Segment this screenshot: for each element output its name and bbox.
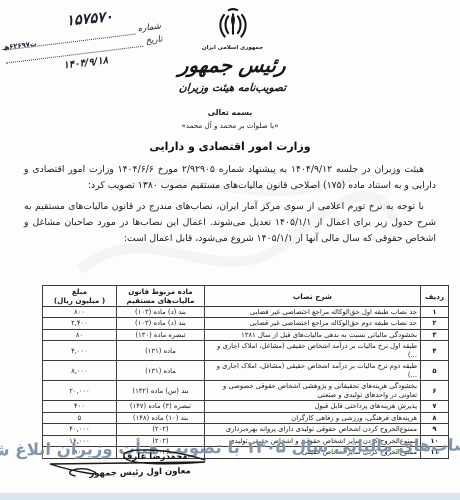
cell-row-number: ۷ bbox=[421, 401, 449, 412]
table-row: ۷پذیرش هزینه‌های پرداختی قابل قبولتبصره … bbox=[43, 401, 449, 412]
cell-description: ممنوع‌الخروج کردن اشخاص حقوقی تولیدی دار… bbox=[205, 424, 421, 435]
cell-article: بند (د) ماده (۱۰۳) bbox=[117, 318, 205, 329]
cell-amount: ۴,۰۰۰ bbox=[43, 341, 117, 361]
header-amount: مبلغ ( میلیون ریال) bbox=[43, 286, 117, 307]
cell-description: بخشودگی هزینه‌های تحقیقاتی و پژوهشی اشخا… bbox=[205, 381, 421, 401]
table-row: ۱حد نصاب طبقه اول حق‌الوکاله مراجع اختصا… bbox=[43, 307, 449, 318]
decree-body: هیئت وزیران در جلسه ۱۴۰۴/۹/۱۲ به پیشنهاد… bbox=[24, 162, 436, 252]
table-row: ۳بخشودگی مالیاتی نسبت به بدهی مالیات‌های… bbox=[43, 329, 449, 340]
invocation: بسمه تعالی bbox=[0, 108, 460, 117]
cell-article: ماده (۱۳۱) bbox=[117, 341, 205, 361]
cell-description: طبقه دوم نرخ مالیات بر درآمد اشخاص حقیقی… bbox=[205, 361, 421, 381]
republic-caption: جمهوری اسلامی ایران bbox=[145, 45, 320, 51]
decree-type-title: تصویب‌نامه هیئت وزیران bbox=[145, 82, 321, 94]
cell-description: حد نصاب طبقه دوم حق‌الوکاله مراجع اختصاص… bbox=[205, 318, 421, 329]
cell-amount: ۲,۴۰۰ bbox=[43, 318, 117, 329]
cell-amount: ۸۰ bbox=[43, 329, 117, 340]
scanned-decree-document: { "header": { "handwritten_number": "۱۵۷… bbox=[0, 0, 460, 500]
letterhead: جمهوری اسلامی ایران رئیس جمهور تصویب‌نام… bbox=[145, 8, 320, 94]
cell-row-number: ۴ bbox=[421, 341, 449, 361]
cell-amount: ۸,۰۰۰ bbox=[43, 361, 117, 381]
table-row: ۴طبقه اول نرخ مالیات بر درآمد اشخاص حقیق… bbox=[43, 341, 449, 361]
header-article: ماده مربوط قانون مالیات‌های مستقیم bbox=[117, 286, 205, 307]
header-row-number: ردیف bbox=[421, 286, 449, 307]
header-description: شرح نصاب bbox=[205, 286, 421, 307]
bottom-edge-strip bbox=[0, 493, 460, 500]
iran-emblem-icon bbox=[219, 8, 247, 40]
table-row: ۶بخشودگی هزینه‌های تحقیقاتی و پژوهشی اشخ… bbox=[43, 381, 449, 401]
signer-name: محمدرضا عارف bbox=[20, 452, 230, 462]
table-row: ۵طبقه دوم نرخ مالیات بر درآمد اشخاص حقیق… bbox=[43, 361, 449, 381]
cell-amount: ۴۰,۰۰۰ bbox=[43, 424, 117, 435]
salutation: «با صلوات بر محمد و آل محمد» bbox=[0, 121, 460, 130]
cell-article: بند (د) ماده (۱۰۳) bbox=[117, 307, 205, 318]
body-paragraph-1: هیئت وزیران در جلسه ۱۴۰۴/۹/۱۲ به پیشنهاد… bbox=[24, 162, 436, 194]
cell-amount: ۸۰۰ bbox=[43, 307, 117, 318]
table-header-row: ردیف شرح نصاب ماده مربوط قانون مالیات‌ها… bbox=[43, 286, 449, 307]
cell-article: تبصره (۳) ماده (۱۴۷) bbox=[117, 401, 205, 412]
president-calligraphy: رئیس جمهور bbox=[144, 53, 322, 77]
cell-amount: ۲۰,۰۰۰ bbox=[43, 381, 117, 401]
table-row: ۹ممنوع‌الخروج کردن اشخاص حقوقی تولیدی دا… bbox=[43, 424, 449, 435]
table-row: ۲حد نصاب طبقه دوم حق‌الوکاله مراجع اختصا… bbox=[43, 318, 449, 329]
cell-description: هزینه‌های فرهنگی، ورزشی و رفاهی کارگران bbox=[205, 412, 421, 423]
cell-amount: ۵ bbox=[43, 412, 117, 423]
cell-description: پذیرش هزینه‌های پرداختی قابل قبول bbox=[205, 401, 421, 412]
cell-article: تبصره ماده (۱۳۰) bbox=[117, 329, 205, 340]
body-paragraph-2: با توجه به نرخ تورم اعلامی از سوی مرکز آ… bbox=[24, 199, 436, 247]
cell-article: بند (س) ماده (۱۳۲) bbox=[117, 381, 205, 401]
cell-article: (۲۰۲) bbox=[117, 424, 205, 435]
signer-title: معاون اول رئیس جمهور bbox=[20, 465, 230, 480]
cell-description: حد نصاب طبقه اول حق‌الوکاله مراجع اختصاص… bbox=[205, 307, 421, 318]
cell-row-number: ۲ bbox=[421, 318, 449, 329]
cell-article: ماده (۱۳۱) bbox=[117, 361, 205, 381]
signature-block: محمدرضا عارف معاون اول رئیس جمهور bbox=[20, 452, 230, 478]
cell-row-number: ۸ bbox=[421, 412, 449, 423]
reference-stamp-block: ۱۵۷۵۷۰ شماره ت۶۲۶۹۷هـ تاریخ ۱۴۰۴/۹/۱۸ bbox=[1, 3, 165, 79]
cell-description: بخشودگی مالیاتی نسبت به بدهی مالیات‌های … bbox=[205, 329, 421, 340]
cell-row-number: ۹ bbox=[421, 424, 449, 435]
table-row: ۸هزینه‌های فرهنگی، ورزشی و رفاهی کارگران… bbox=[43, 412, 449, 423]
cell-amount: ۴۰۰ bbox=[43, 401, 117, 412]
tax-thresholds-table: ردیف شرح نصاب ماده مربوط قانون مالیات‌ها… bbox=[42, 285, 449, 459]
cell-row-number: ۱ bbox=[421, 307, 449, 318]
addressee-ministry: وزارت امور اقتصادی و دارایی bbox=[0, 140, 460, 153]
cell-row-number: ۶ bbox=[421, 381, 449, 401]
cell-row-number: ۳ bbox=[421, 329, 449, 340]
cell-article: بند (۱۰) ماده (۱۴۸) bbox=[117, 412, 205, 423]
cell-row-number: ۵ bbox=[421, 361, 449, 381]
cell-description: طبقه اول نرخ مالیات بر درآمد اشخاص حقیقی… bbox=[205, 341, 421, 361]
